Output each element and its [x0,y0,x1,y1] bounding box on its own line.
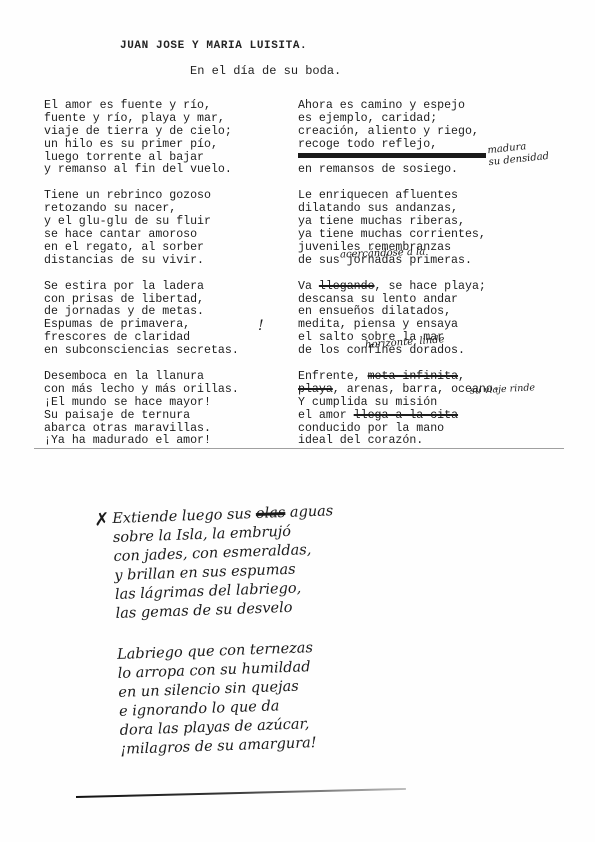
annotation-exclamation: ! [258,318,264,334]
struck-out-line [298,153,486,158]
stanza: Ahora es camino y espejoes ejemplo, cari… [298,100,500,177]
stanza: Desemboca en la llanuracon más lecho y m… [44,371,239,448]
poem-line: viaje de tierra y de cielo; [44,126,239,139]
poem-title: JUAN JOSE Y MARIA LUISITA. [120,40,307,52]
poem-line: ya tiene muchas corrientes, [298,229,500,242]
poem-line: Su paisaje de ternura [44,410,239,423]
right-column: Ahora es camino y espejoes ejemplo, cari… [298,100,500,461]
poem-line: distancias de su vivir. [44,255,239,268]
poem-line: Desemboca en la llanura [44,371,239,384]
struck-text: llega a la cita [354,409,458,422]
poem-line: Ahora es camino y espejo [298,100,500,113]
annotation-su-viaje: su viaje rinde [470,382,536,396]
poem-line: en subconsciencias secretas. [44,345,239,358]
poem-line: en el regato, al sorber [44,242,239,255]
poem-line: Se estira por la ladera [44,281,239,294]
poem-line: creación, aliento y riego, [298,126,500,139]
poem-line: con más lecho y más orillas. [44,384,239,397]
poem-line: ideal del corazón. [298,435,500,448]
poem-line: fuente y río, playa y mar, [44,113,239,126]
stanza: Se estira por la laderacon prisas de lib… [44,281,239,358]
poem-line: Va llegando, se hace playa; [298,281,500,294]
left-column: El amor es fuente y río,fuente y río, pl… [44,100,239,461]
poem-line: es ejemplo, caridad; [298,113,500,126]
stanza: Tiene un rebrinco gozosoretozando su nac… [44,190,239,267]
insert-mark-icon: ✗ [94,510,110,530]
stanza: Enfrente, meta infinita,playa, arenas, b… [298,371,500,448]
poem-line: recoge todo reflejo, [298,139,500,152]
struck-text: meta infinita [368,370,458,383]
struck-text: olas [256,505,286,522]
stanza: El amor es fuente y río,fuente y río, pl… [44,100,239,177]
poem-line: el amor llega a la cita [298,410,500,423]
poem-line: y remanso al fin del vuelo. [44,164,239,177]
bottom-line [76,788,406,798]
struck-text: playa [298,383,333,396]
poem-line: se hace cantar amoroso [44,229,239,242]
annotation-madura: madura su densidad [487,139,550,169]
handwritten-poem: ✗ Extiende luego sus olas aguassobre la … [112,502,342,760]
scanned-page: JUAN JOSE Y MARIA LUISITA. En el día de … [0,0,595,842]
struck-text: llegando [319,280,375,293]
separator-line [34,448,564,449]
poem-line: en remansos de sosiego. [298,164,500,177]
poem-subtitle: En el día de su boda. [190,64,341,78]
poem-line: ¡Ya ha madurado el amor! [44,435,239,448]
poem-line: un hilo es su primer pío, [44,139,239,152]
poem-line: ¡El mundo se hace mayor! [44,397,239,410]
poem-line: El amor es fuente y río, [44,100,239,113]
